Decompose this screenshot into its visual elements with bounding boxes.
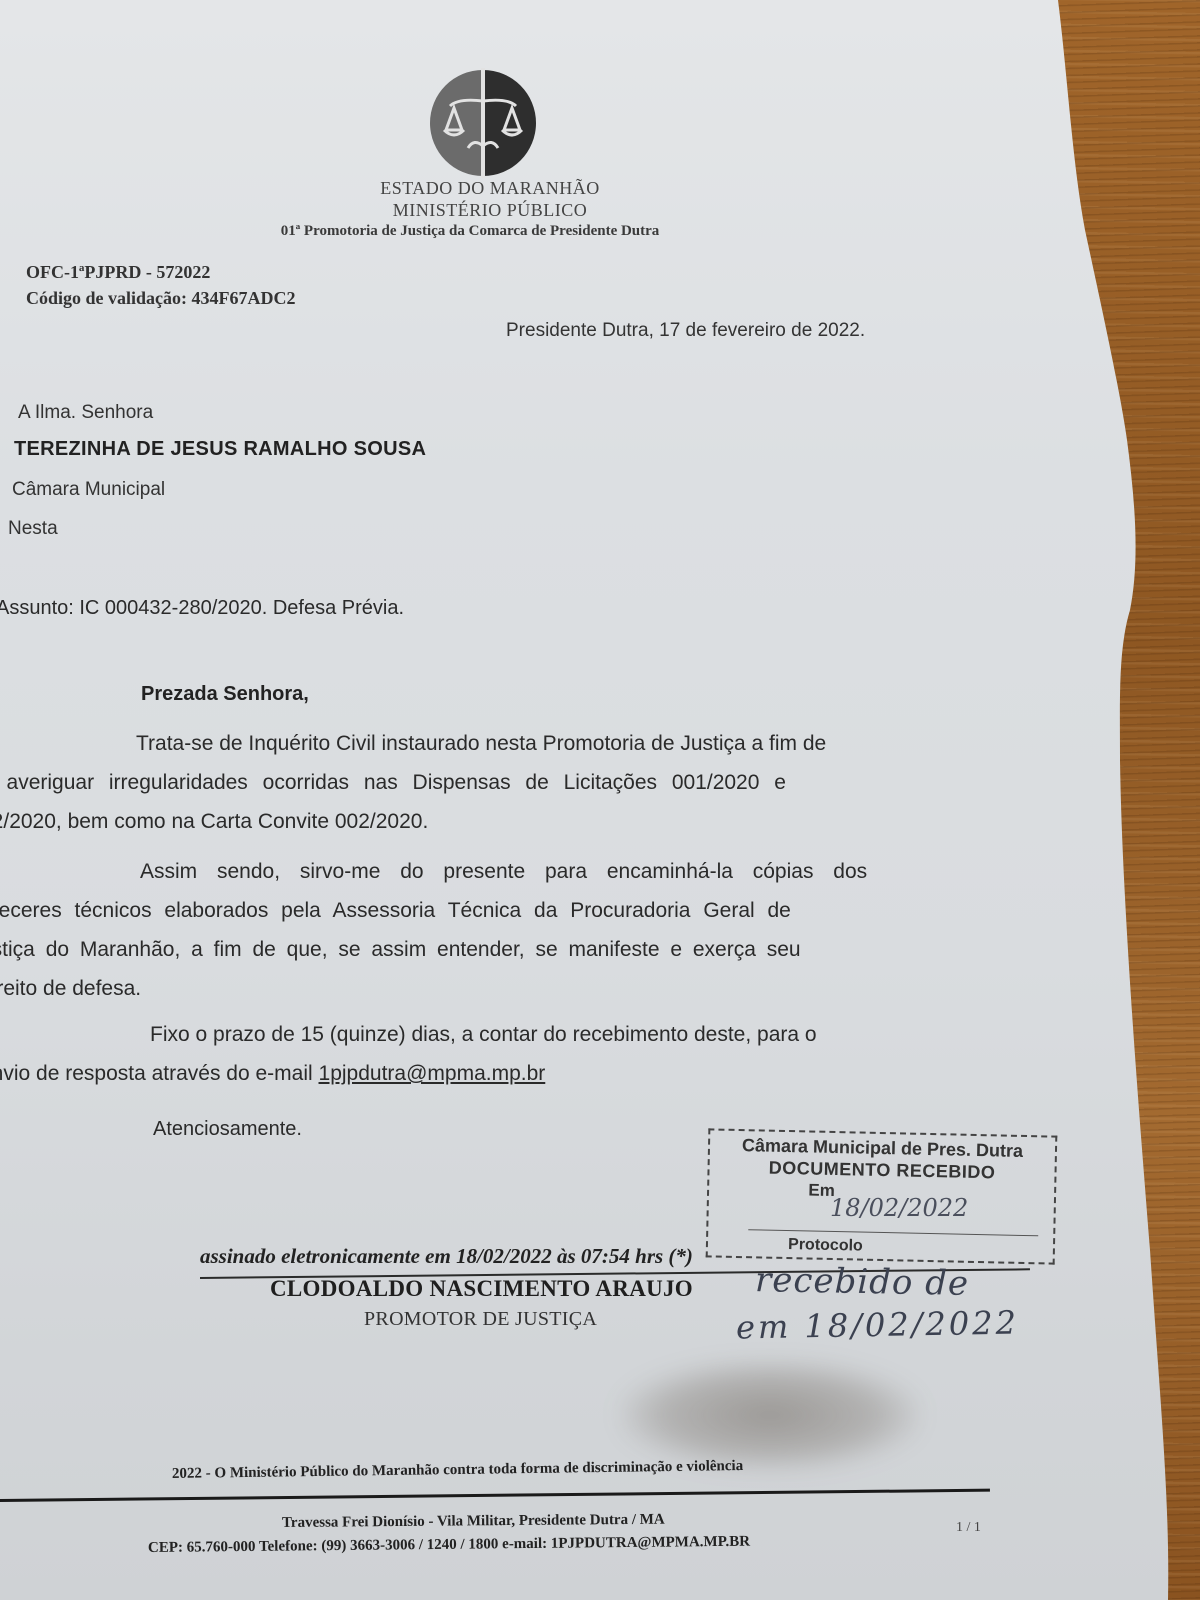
recipient-salutation: A Ilma. Senhora (18, 402, 153, 424)
recipient-institution: Câmara Municipal (12, 479, 165, 501)
header-office: 01ª Promotoria de Justiça da Comarca de … (0, 223, 970, 240)
email-link[interactable]: 1pjpdutra@mpma.mp.br (319, 1062, 546, 1085)
footer-rule (0, 1489, 990, 1502)
office-number: OFC-1ªPJPRD - 572022 (26, 262, 210, 283)
paragraph-line: Fixo o prazo de 15 (quinze) dias, a cont… (0, 1015, 970, 1054)
footer-address: Travessa Frei Dionísio - Vila Militar, P… (282, 1512, 665, 1532)
signer-name: CLODOALDO NASCIMENTO ARAUJO (270, 1276, 693, 1302)
validation-code: Código de validação: 434F67ADC2 (26, 288, 296, 309)
footer-contact: CEP: 65.760-000 Telefone: (99) 3663-3006… (148, 1534, 750, 1557)
stamp-protocol-label: Protocolo (653, 1233, 998, 1258)
footer-slogan: 2022 - O Ministério Público do Maranhão … (172, 1458, 743, 1483)
document-page: ESTADO DO MARANHÃO MINISTÉRIO PÚBLICO 01… (0, 0, 1200, 1600)
paragraph-line: e averiguar irregularidades ocorridas na… (0, 763, 970, 802)
handwritten-note-line-2: em 18/02/2022 (736, 1304, 1020, 1347)
recipient-location: Nesta (8, 518, 58, 540)
closing: Atenciosamente. (153, 1118, 302, 1141)
page-number: 1 / 1 (956, 1520, 981, 1536)
paragraph-2: Assim sendo, sirvo-me do presente para e… (0, 852, 970, 1008)
header-agency: MINISTÉRIO PÚBLICO (0, 200, 990, 221)
scales-of-justice-icon (428, 68, 538, 178)
paragraph-line: 02/2020, bem como na Carta Convite 002/2… (0, 802, 970, 841)
paragraph-line: Assim sendo, sirvo-me do presente para e… (0, 852, 970, 891)
electronic-signature-note: assinado eletronicamente em 18/02/2022 à… (200, 1244, 693, 1269)
paragraph-1: Trata-se de Inquérito Civil instaurado n… (0, 724, 970, 841)
greeting: Prezada Senhora, (141, 683, 309, 706)
signer-role: PROMOTOR DE JUSTIÇA (364, 1308, 597, 1331)
paragraph-text: envio de resposta através do e-mail (0, 1062, 319, 1085)
paragraph-line: envio de resposta através do e-mail 1pjp… (0, 1054, 970, 1093)
paragraph-line: direito de defesa. (0, 969, 970, 1008)
handwritten-note-line-1: recebido de (755, 1260, 970, 1304)
place-date: Presidente Dutra, 17 de fevereiro de 202… (506, 320, 865, 342)
paragraph-3: Fixo o prazo de 15 (quinze) dias, a cont… (0, 1015, 970, 1093)
recipient-name: TEREZINHA DE JESUS RAMALHO SOUSA (14, 438, 426, 461)
phone-shadow (620, 1360, 920, 1470)
paragraph-line: ustiça do Maranhão, a fim de que, se ass… (0, 930, 970, 969)
paragraph-line: Trata-se de Inquérito Civil instaurado n… (0, 724, 970, 763)
subject-line: Assunto: IC 000432-280/2020. Defesa Prév… (0, 597, 404, 620)
paragraph-line: areceres técnicos elaborados pela Assess… (0, 891, 970, 930)
stamp-handwritten-date: 18/02/2022 (830, 1194, 968, 1222)
header-state: ESTADO DO MARANHÃO (0, 178, 990, 199)
